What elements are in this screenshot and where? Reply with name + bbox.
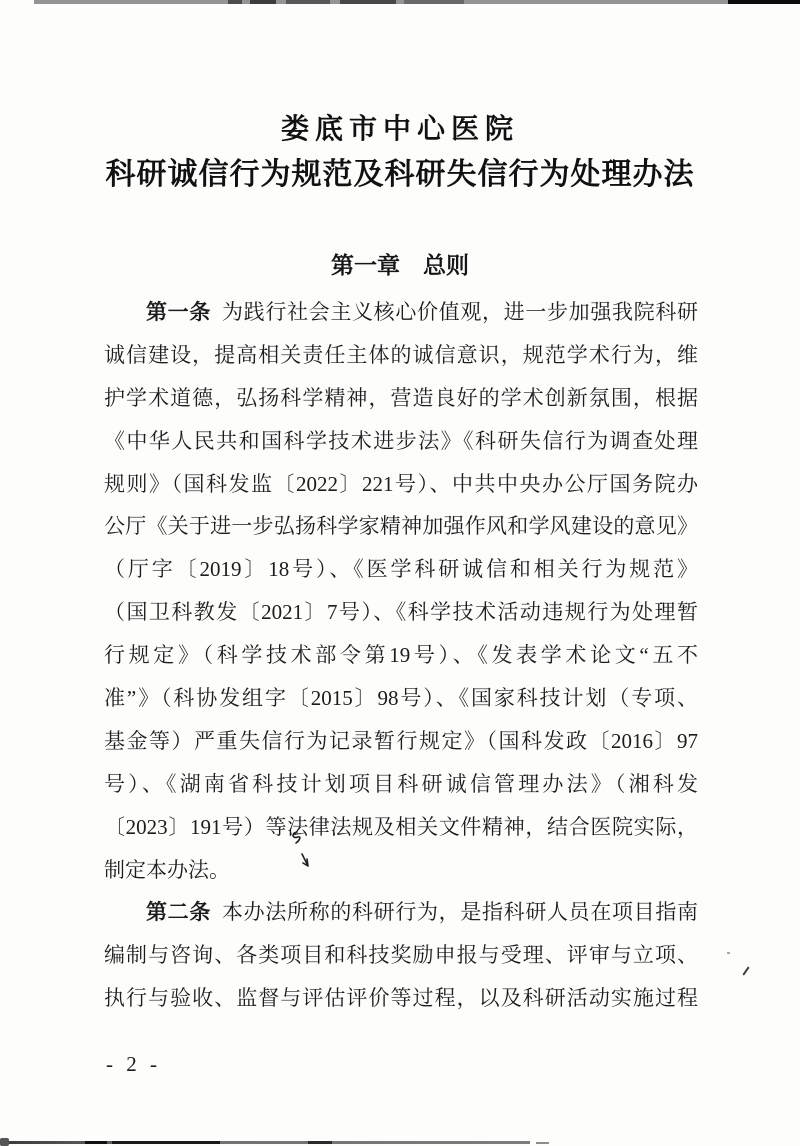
article-2-label: 第二条 [146, 901, 211, 924]
scan-artifact-segment [728, 0, 800, 4]
scan-artifact-segment [85, 1141, 107, 1144]
scan-artifact-segment [404, 0, 464, 4]
body-line: 诚信建设，提高相关责任主体的诚信意识，规范学术行为，维 [104, 334, 698, 377]
body-line: （国卫科教发〔2021〕7号）、《科学技术活动违规行为处理暂 [104, 591, 698, 634]
body-line: 规则》（国科发监〔2022〕221号）、中共中央办公厅国务院办 [104, 463, 698, 506]
article-1-label: 第一条 [146, 301, 211, 324]
page-number: - 2 - [106, 1050, 161, 1078]
scan-artifact-bottom-band [0, 1141, 530, 1144]
scan-artifact-segment [286, 0, 330, 4]
scan-artifact-dash [536, 1142, 549, 1144]
scan-speck [742, 966, 749, 975]
scan-artifact-segment [250, 0, 276, 4]
body-line-text: 为践行社会主义核心价值观，进一步加强我院科研 [222, 300, 698, 324]
body-line-text: 本办法所称的科研行为，是指科研人员在项目指南 [222, 900, 698, 924]
body-line: 公厅《关于进一步弘扬科学家精神加强作风和学风建设的意见》 [104, 505, 698, 548]
body-line: 行规定》（科学技术部令第19号）、《发表学术论文“五不 [104, 634, 698, 677]
scan-artifact-segment [340, 0, 396, 4]
body-line: 〔2023〕191号）等法律法规及相关文件精神，结合医院实际， [104, 806, 698, 849]
scan-artifact-segment [228, 0, 242, 4]
body-line: （厅字〔2019〕18号）、《医学科研诚信和相关行为规范》 [104, 548, 698, 591]
scan-artifact-segment [308, 1141, 332, 1144]
scan-artifact-corner [0, 1138, 9, 1146]
scan-artifact-segment [112, 1141, 220, 1144]
body-line: 准”》（科协发组字〔2015〕98号）、《国家科技计划（专项、 [104, 677, 698, 720]
scan-speck [727, 952, 730, 954]
scanned-document-page: 娄底市中心医院 科研诚信行为规范及科研失信行为处理办法 第一章 总则 第一条为践… [0, 0, 800, 1146]
body-line: 号）、《湖南省科技计划项目科研诚信管理办法》（湘科发 [104, 763, 698, 806]
document-body: 第一条为践行社会主义核心价值观，进一步加强我院科研 诚信建设，提高相关责任主体的… [104, 291, 698, 1020]
body-line: 基金等）严重失信行为记录暂行规定》（国科发政〔2016〕97 [104, 720, 698, 763]
handwritten-mark [286, 828, 318, 874]
body-line: 编制与咨询、各类项目和科技奖励申报与受理、评审与立项、 [104, 934, 698, 977]
body-line: 护学术道德，弘扬科学精神，营造良好的学术创新氛围，根据 [104, 377, 698, 420]
document-title-line1: 娄底市中心医院 [0, 110, 800, 148]
body-line: 第一条为践行社会主义核心价值观，进一步加强我院科研 [104, 291, 698, 334]
body-line: 执行与验收、监督与评估评价等过程，以及科研活动实施过程 [104, 977, 698, 1020]
body-line: 制定本办法。 [104, 849, 698, 892]
chapter-heading: 第一章 总则 [0, 249, 800, 281]
body-line: 第二条本办法所称的科研行为，是指科研人员在项目指南 [104, 891, 698, 934]
scan-artifact-top-band [34, 0, 800, 4]
body-line: 《中华人民共和国科学技术进步法》《科研失信行为调查处理 [104, 420, 698, 463]
document-title-line2: 科研诚信行为规范及科研失信行为处理办法 [0, 154, 800, 196]
